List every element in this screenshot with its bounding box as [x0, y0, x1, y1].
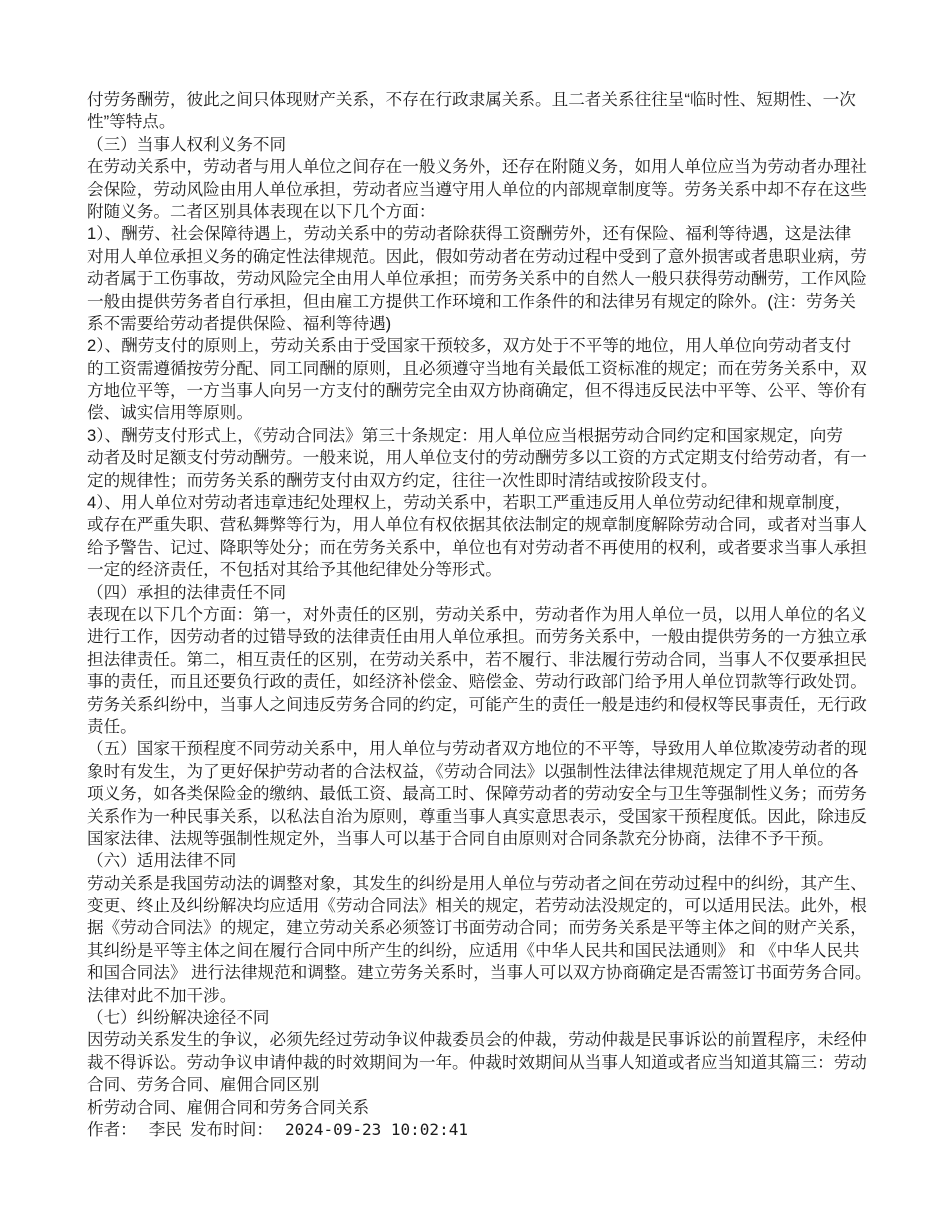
text-line: 事的责任，而且还要负行政的责任，如经济补偿金、赔偿金、劳动行政部门给予用人单位罚… — [87, 671, 877, 693]
text-line: 在劳动关系中，劳动者与用人单位之间存在一般义务外，还存在附随义务，如用人单位应当… — [87, 156, 877, 178]
text-line: 3）、酬劳支付形式上，《劳动合同法》第三十条规定：用人单位应当根据劳动合同约定和… — [87, 425, 877, 447]
document-body: 付劳务酬劳，彼此之间只体现财产关系，不存在行政隶属关系。且二者关系往往呈“临时性… — [87, 89, 877, 1141]
publish-datetime: 2024-09-23 10:02:41 — [285, 1120, 468, 1139]
text-line: 责任。 — [87, 716, 877, 738]
text-line: 据《劳动合同法》的规定，建立劳动关系必须签订书面劳动合同；而劳务关系是平等主体之… — [87, 917, 877, 939]
publish-time-label: 发布时间： — [190, 1120, 273, 1139]
text-line: 1）、酬劳、社会保障待遇上，劳动关系中的劳动者除获得工资酬劳外，还有保险、福利等… — [87, 223, 877, 245]
text-line: 和国合同法》 进行法律规范和调整。建立劳务关系时，当事人可以双方协商确定是否需签… — [87, 962, 877, 984]
text-line: 动者及时足额支付劳动酬劳。一般来说，用人单位支付的劳动酬劳多以工资的方式定期支付… — [87, 447, 877, 469]
author-label: 作者： — [87, 1120, 137, 1139]
text-line: 其纠纷是平等主体之间在履行合同中所产生的纠纷，应适用《中华人民共和国民法通则》 … — [87, 940, 877, 962]
text-line: 担法律责任。第二，相互责任的区别，在劳动关系中，若不履行、非法履行劳动合同，当事… — [87, 649, 877, 671]
text-line: 附随义务。二者区别具体表现在以下几个方面： — [87, 201, 877, 223]
document-page: 付劳务酬劳，彼此之间只体现财产关系，不存在行政隶属关系。且二者关系往往呈“临时性… — [0, 0, 950, 1230]
text-line: （三）当事人权利义务不同 — [87, 134, 877, 156]
text-line: 关系作为一种民事关系，以私法自治为原则，尊重当事人真实意思表示，受国家干预程度低… — [87, 806, 877, 828]
text-line: 系不需要给劳动者提供保险、福利等待遇) — [87, 313, 877, 335]
text-line: 给予警告、记过、降职等处分；而在劳务关系中，单位也有对劳动者不再使用的权利，或者… — [87, 537, 877, 559]
text-line: 2）、酬劳支付的原则上，劳动关系由于受国家干预较多，双方处于不平等的地位，用人单… — [87, 335, 877, 357]
text-line: 定的规律性；而劳务关系的酬劳支付由双方约定，往往一次性即时清结或按阶段支付。 — [87, 470, 877, 492]
text-line: 或存在严重失职、营私舞弊等行为，用人单位有权依据其依法制定的规章制度解除劳动合同… — [87, 514, 877, 536]
text-line: 动者属于工伤事故，劳动风险完全由用人单位承担；而劳务关系中的自然人一般只获得劳动… — [87, 268, 877, 290]
text-line: 一定的经济责任，不包括对其给予其他纪律处分等形式。 — [87, 559, 877, 581]
text-line: 象时有发生，为了更好保护劳动者的合法权益，《劳动合同法》以强制性法律法律规范规定… — [87, 761, 877, 783]
text-line: 一般由提供劳务者自行承担，但由雇工方提供工作环境和工作条件的和法律另有规定的除外… — [87, 291, 877, 313]
text-line: 4）、用人单位对劳动者违章违纪处理权上，劳动关系中，若职工严重违反用人单位劳动纪… — [87, 492, 877, 514]
text-line: 法律对此不加干涉。 — [87, 985, 877, 1007]
text-line: 对用人单位承担义务的确定性法律规范。因此，假如劳动者在劳动过程中受到了意外损害或… — [87, 246, 877, 268]
author-name: 李民 — [149, 1120, 182, 1139]
text-line: 偿、诚实信用等原则。 — [87, 402, 877, 424]
text-line: （六）适用法律不同 — [87, 850, 877, 872]
text-line: 方地位平等，一方当事人向另一方支付的酬劳完全由双方协商确定，但不得违反民法中平等… — [87, 380, 877, 402]
text-line: 析劳动合同、雇佣合同和劳务合同关系 — [87, 1097, 877, 1119]
text-line: （七）纠纷解决途径不同 — [87, 1007, 877, 1029]
text-line: 进行工作，因劳动者的过错导致的法律责任由用人单位承担。而劳务关系中，一般由提供劳… — [87, 626, 877, 648]
text-line: 会保险，劳动风险由用人单位承担，劳动者应当遵守用人单位的内部规章制度等。劳务关系… — [87, 179, 877, 201]
text-line: 变更、终止及纠纷解决均应适用《劳动合同法》相关的规定，若劳动法没规定的，可以适用… — [87, 895, 877, 917]
text-line: 性”等特点。 — [87, 111, 877, 133]
text-line: 项义务，如各类保险金的缴纳、最低工资、最高工时、保障劳动者的劳动安全与卫生等强制… — [87, 783, 877, 805]
text-line: 表现在以下几个方面：第一，对外责任的区别，劳动关系中，劳动者作为用人单位一员，以… — [87, 604, 877, 626]
text-line: 劳务关系纠纷中，当事人之间违反劳务合同的约定，可能产生的责任一般是违约和侵权等民… — [87, 694, 877, 716]
text-line: 的工资需遵循按劳分配、同工同酬的原则，且必须遵守当地有关最低工资标准的规定；而在… — [87, 358, 877, 380]
text-line: 国家法律、法规等强制性规定外，当事人可以基于合同自由原则对合同条款充分协商，法律… — [87, 828, 877, 850]
text-line: （五）国家干预程度不同劳动关系中，用人单位与劳动者双方地位的不平等，导致用人单位… — [87, 738, 877, 760]
article-footer: 作者：李民发布时间：2024-09-23 10:02:41 — [87, 1119, 877, 1141]
text-line: （四）承担的法律责任不同 — [87, 582, 877, 604]
text-line: 合同、劳务合同、雇佣合同区别 — [87, 1074, 877, 1096]
text-line: 裁不得诉讼。劳动争议申请仲裁的时效期间为一年。仲裁时效期间从当事人知道或者应当知… — [87, 1052, 877, 1074]
text-line: 付劳务酬劳，彼此之间只体现财产关系，不存在行政隶属关系。且二者关系往往呈“临时性… — [87, 89, 877, 111]
text-line: 因劳动关系发生的争议，必须先经过劳动争议仲裁委员会的仲裁，劳动仲裁是民事诉讼的前… — [87, 1029, 877, 1051]
text-line: 劳动关系是我国劳动法的调整对象，其发生的纠纷是用人单位与劳动者之间在劳动过程中的… — [87, 873, 877, 895]
article-text: 付劳务酬劳，彼此之间只体现财产关系，不存在行政隶属关系。且二者关系往往呈“临时性… — [87, 89, 877, 1119]
